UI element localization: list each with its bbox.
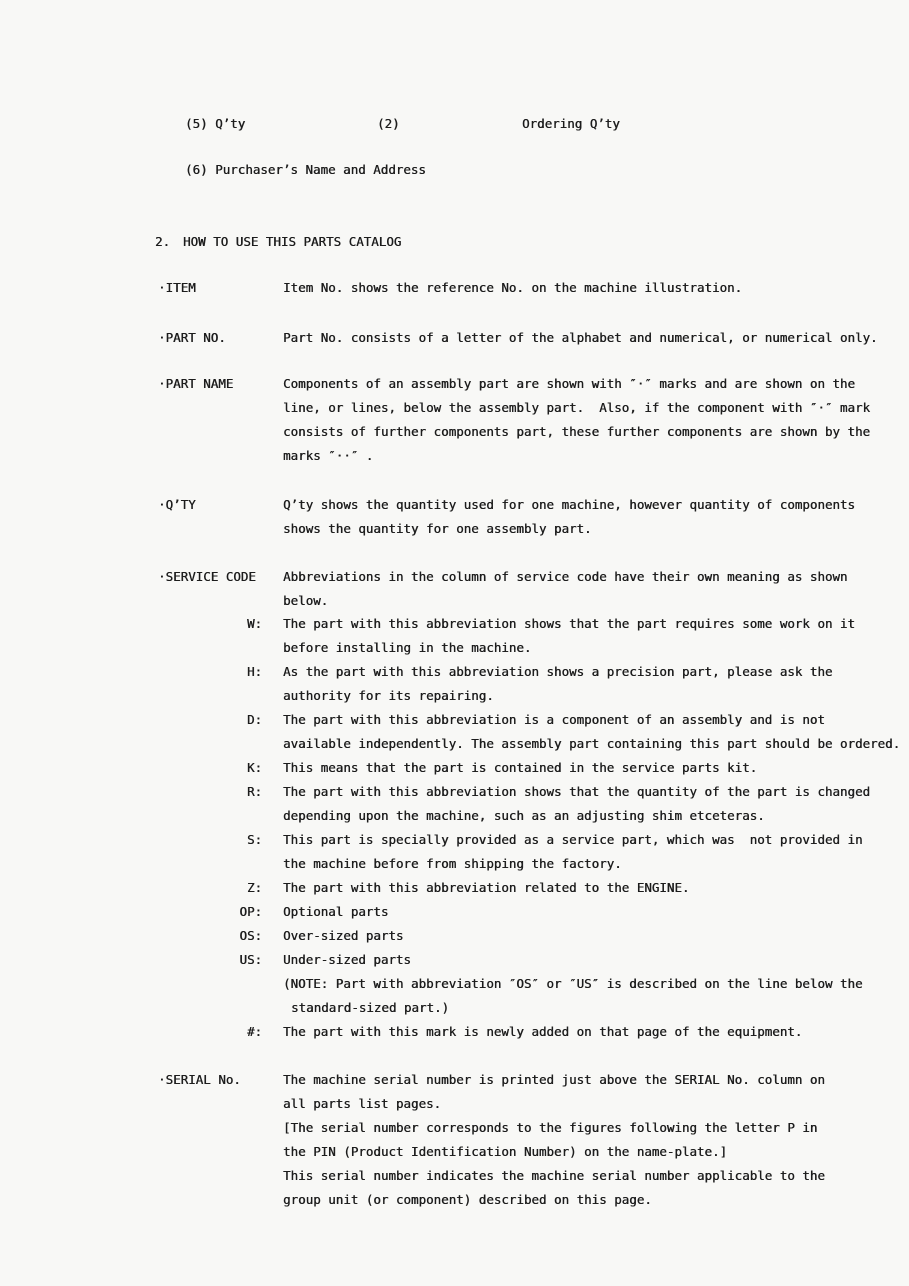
service-code-list: W: The part with this abbreviation shows…: [0, 612, 909, 1044]
service-code-desc-line: The part with this abbreviation shows th…: [283, 612, 855, 636]
term-desc-line: Item No. shows the reference No. on the …: [283, 276, 909, 300]
service-code-desc-line: The part with this abbreviation related …: [283, 876, 689, 900]
term-desc-line: Components of an assembly part are shown…: [283, 372, 909, 396]
service-code-letter: R:: [0, 780, 262, 828]
serial-desc-line: The machine serial number is printed jus…: [283, 1068, 909, 1092]
service-code-letter: OP:: [0, 900, 262, 924]
term-label-serial-no: ·SERIAL No.: [158, 1068, 241, 1092]
service-code-entry-d: D: The part with this abbreviation is a …: [0, 708, 909, 756]
service-code-letter: Z:: [0, 876, 262, 900]
term-label-qty: ·Q’TY: [158, 493, 196, 517]
service-code-letter: US:: [0, 948, 262, 972]
service-code-desc-line: available independently. The assembly pa…: [283, 732, 900, 756]
term-part-no: ·PART NO. Part No. consists of a letter …: [0, 326, 909, 350]
term-label-service-code: ·SERVICE CODE: [158, 565, 256, 589]
service-code-entry-os: OS: Over-sized parts: [0, 924, 909, 948]
service-code-entry-s: S: This part is specially provided as a …: [0, 828, 909, 876]
service-code-note-line: standard-sized part.): [283, 996, 862, 1020]
service-code-desc-line: This means that the part is contained in…: [283, 756, 757, 780]
service-code-entry-hash: #: The part with this mark is newly adde…: [0, 1020, 909, 1044]
term-label-part-no: ·PART NO.: [158, 326, 226, 350]
service-code-letter: [0, 972, 262, 1020]
service-code-letter: H:: [0, 660, 262, 708]
term-desc-line: shows the quantity for one assembly part…: [283, 517, 909, 541]
serial-desc-line: group unit (or component) described on t…: [283, 1188, 909, 1212]
service-code-desc-line: The part with this mark is newly added o…: [283, 1020, 802, 1044]
term-desc-line: Abbreviations in the column of service c…: [283, 565, 909, 589]
term-item: ·ITEM Item No. shows the reference No. o…: [0, 276, 909, 300]
term-desc-line: marks ″··″ .: [283, 444, 909, 468]
service-code-desc-line: depending upon the machine, such as an a…: [283, 804, 870, 828]
service-code-desc-line: This part is specially provided as a ser…: [283, 828, 862, 852]
term-desc-line: line, or lines, below the assembly part.…: [283, 396, 909, 420]
column2-label: (2): [377, 112, 400, 136]
service-code-desc-line: the machine before from shipping the fac…: [283, 852, 862, 876]
service-code-letter: #:: [0, 1020, 262, 1044]
serial-desc-line: the PIN (Product Identification Number) …: [283, 1140, 909, 1164]
service-code-entry-r: R: The part with this abbreviation shows…: [0, 780, 909, 828]
service-code-entry-k: K: This means that the part is contained…: [0, 756, 909, 780]
term-label-part-name: ·PART NAME: [158, 372, 233, 396]
ordering-qty-label: Ordering Q’ty: [522, 112, 620, 136]
service-code-desc-line: As the part with this abbreviation shows…: [283, 660, 832, 684]
service-code-letter: W:: [0, 612, 262, 660]
service-code-letter: D:: [0, 708, 262, 756]
service-code-letter: OS:: [0, 924, 262, 948]
service-code-note-line: (NOTE: Part with abbreviation ″OS″ or ″U…: [283, 972, 862, 996]
service-code-desc-line: The part with this abbreviation is a com…: [283, 708, 900, 732]
service-code-desc-line: Over-sized parts: [283, 924, 403, 948]
term-service-code: ·SERVICE CODE Abbreviations in the colum…: [0, 565, 909, 613]
serial-desc-line: all parts list pages.: [283, 1092, 909, 1116]
service-code-entry-op: OP: Optional parts: [0, 900, 909, 924]
serial-desc-line: [The serial number corresponds to the fi…: [283, 1116, 909, 1140]
service-code-entry-us: US: Under-sized parts: [0, 948, 909, 972]
section-number: 2.: [155, 230, 170, 254]
term-desc-line: consists of further components part, the…: [283, 420, 909, 444]
serial-desc-line: This serial number indicates the machine…: [283, 1164, 909, 1188]
purchaser-name-label: (6) Purchaser’s Name and Address: [185, 158, 426, 182]
service-code-letter: K:: [0, 756, 262, 780]
service-code-entry-w: W: The part with this abbreviation shows…: [0, 612, 909, 660]
term-part-name: ·PART NAME Components of an assembly par…: [0, 372, 909, 468]
term-desc-line: Q’ty shows the quantity used for one mac…: [283, 493, 909, 517]
term-label-item: ·ITEM: [158, 276, 196, 300]
section-title: HOW TO USE THIS PARTS CATALOG: [183, 230, 401, 254]
service-code-desc-line: before installing in the machine.: [283, 636, 855, 660]
service-code-note: (NOTE: Part with abbreviation ″OS″ or ″U…: [0, 972, 909, 1020]
service-code-desc-line: authority for its repairing.: [283, 684, 832, 708]
service-code-entry-z: Z: The part with this abbreviation relat…: [0, 876, 909, 900]
term-qty: ·Q’TY Q’ty shows the quantity used for o…: [0, 493, 909, 541]
service-code-desc-line: Under-sized parts: [283, 948, 411, 972]
service-code-letter: S:: [0, 828, 262, 876]
service-code-desc-line: The part with this abbreviation shows th…: [283, 780, 870, 804]
term-serial-no: ·SERIAL No. The machine serial number is…: [0, 1068, 909, 1212]
term-desc-line: below.: [283, 589, 909, 613]
service-code-entry-h: H: As the part with this abbreviation sh…: [0, 660, 909, 708]
term-desc-line: Part No. consists of a letter of the alp…: [283, 326, 909, 350]
qty5-label: (5) Q’ty: [185, 112, 245, 136]
service-code-desc-line: Optional parts: [283, 900, 388, 924]
